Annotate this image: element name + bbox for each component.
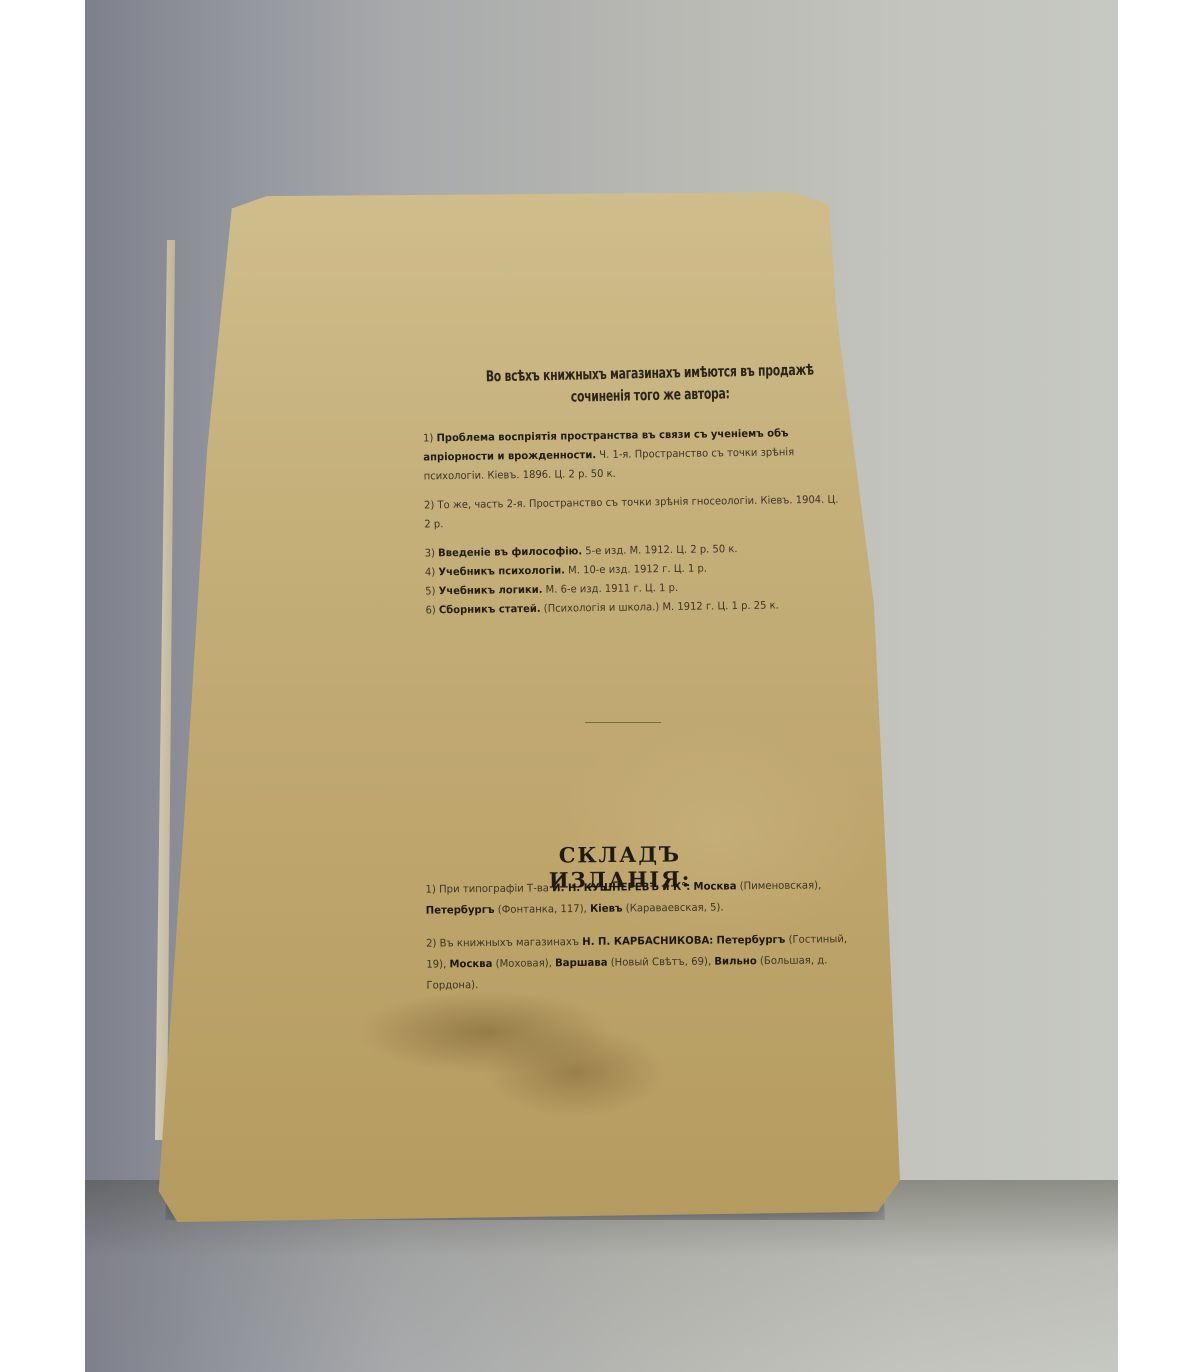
work-number: 3) [425,547,435,559]
warehouse-item-1: 1) При типографіи Т-ва И. Н. КУШНЕРЕВЪ и… [387,875,863,922]
warehouse-city: Варшава [555,957,608,970]
book-photograph: Во всѣхъ книжныхъ магазинахъ имѣются въ … [85,0,1118,1372]
work-number: 1) [423,432,433,444]
work-title: Учебникъ психологіи. [438,565,565,579]
warehouse-prefix: Въ книжныхъ магазинахъ [440,936,580,949]
warehouse-number: 1) [425,883,435,895]
work-title: Введеніе въ философію. [438,545,582,559]
work-number: 6) [425,604,435,616]
warehouse-name: И. Н. КУШНЕРЕВЪ и К°: [552,881,690,894]
work-item-1: 1) Проблема воспріятія пространства въ с… [385,424,842,487]
divider-rule [585,722,661,723]
book-back-cover: Во всѣхъ книжныхъ магазинахъ имѣются въ … [155,192,900,1222]
work-title: Сборникъ статей. [439,603,541,616]
warehouse-address: (Пименовская), [740,879,822,892]
cover-text: Во всѣхъ книжныхъ магазинахъ имѣются въ … [155,192,900,1222]
warehouse-list: 1) При типографіи Т-ва И. Н. КУШНЕРЕВЪ и… [387,875,863,997]
warehouse-number: 2) [426,937,436,949]
work-details: М. 6-е изд. 1911 г. Ц. 1 р. [546,582,679,596]
warehouse-item-2: 2) Въ книжныхъ магазинахъ Н. П. КАРБАСНИ… [388,929,864,997]
warehouse-city: Москва [693,880,736,892]
work-title: Учебникъ логики. [439,584,543,597]
warehouse-name: Н. П. КАРБАСНИКОВА: [582,935,713,948]
warehouse-city: Вильно [714,955,757,967]
warehouse-address: (Моховая), [496,957,552,970]
work-details: М. 10-е изд. 1912 г. Ц. 1 р. [568,563,707,577]
warehouse-prefix: При типографіи Т-ва [439,882,549,895]
work-details: (Психологія и школа.) М. 1912 г. Ц. 1 р.… [544,600,779,615]
work-number: 4) [425,566,435,578]
work-details: 5-е изд. М. 1912. Ц. 2 р. 50 к. [585,543,737,557]
work-item-2: 2) То же, часть 2-я. Пространство съ точ… [386,491,842,535]
warehouse-city: Кіевъ [590,903,623,915]
advert-heading: Во всѣхъ книжныхъ магазинахъ имѣются въ … [482,358,819,409]
warehouse-address: (Караваевская, 5). [626,901,724,914]
works-list: 1) Проблема воспріятія пространства въ с… [385,424,844,621]
warehouse-city: Петербургъ [716,934,785,947]
work-details: То же, часть 2-я. Пространство съ точки … [424,494,838,531]
warehouse-city: Петербургъ [426,904,495,917]
warehouse-address: (Фонтанка, 117), [498,903,587,916]
work-number: 2) [424,499,434,511]
warehouse-city: Москва [449,958,492,970]
work-number: 5) [425,585,435,597]
warehouse-address: (Новый Свѣтъ, 69), [611,956,712,969]
